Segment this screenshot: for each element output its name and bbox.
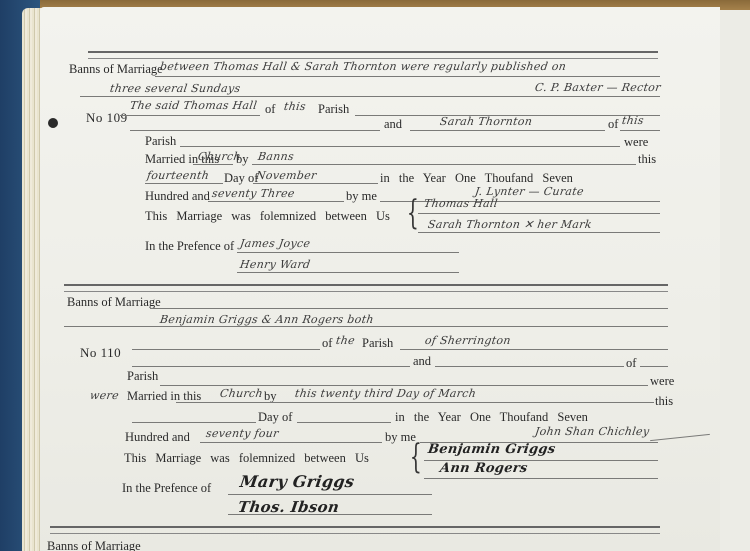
by-label: by bbox=[236, 153, 249, 166]
groom-of: the bbox=[335, 335, 355, 346]
were-label: were bbox=[650, 375, 674, 388]
were-label: were bbox=[624, 136, 648, 149]
rule bbox=[160, 385, 648, 386]
by-label: by bbox=[264, 390, 277, 403]
rule bbox=[180, 146, 620, 147]
marriage-method: Banns bbox=[257, 151, 295, 162]
hundred-and-label: Hundred and bbox=[145, 190, 210, 203]
rule bbox=[228, 514, 432, 515]
bride-parish: this bbox=[621, 115, 644, 126]
rule bbox=[297, 422, 391, 423]
year-words: seventy four bbox=[205, 428, 279, 439]
by-me-label: by me bbox=[346, 190, 377, 203]
were-prefix: were bbox=[89, 390, 119, 401]
banns-text-line2: three several Sundays bbox=[109, 83, 241, 94]
rule bbox=[132, 366, 410, 367]
entry-divider bbox=[64, 284, 668, 292]
day-of-label: Day of bbox=[258, 411, 292, 424]
of-label: of bbox=[322, 337, 332, 350]
of-label: of bbox=[626, 357, 636, 370]
parish-label: Parish bbox=[318, 103, 349, 116]
marriage-month: November bbox=[255, 170, 317, 181]
witness2: Thos. Ibson bbox=[237, 500, 340, 515]
banns-text: between Thomas Hall & Sarah Thornton wer… bbox=[159, 61, 567, 72]
party1-signature: Benjamin Griggs bbox=[427, 443, 556, 456]
brace: { bbox=[410, 440, 422, 474]
solemnized-label: This Marriage was folemnized between Us bbox=[145, 210, 390, 223]
witness1: James Joyce bbox=[239, 238, 311, 249]
rule bbox=[176, 402, 654, 403]
rule bbox=[64, 326, 668, 327]
year-words: seventy Three bbox=[211, 188, 295, 199]
party2-signature: Ann Rogers bbox=[439, 462, 528, 475]
solemnized-label: This Marriage was folemnized between Us bbox=[124, 452, 369, 465]
rule bbox=[640, 366, 668, 367]
brace: { bbox=[407, 196, 419, 230]
rule bbox=[418, 232, 660, 233]
banns-label: Banns of Marriage bbox=[69, 63, 163, 76]
year-label: in the Year One Thoufand Seven bbox=[395, 411, 588, 424]
rule bbox=[410, 130, 605, 131]
hundred-and-label: Hundred and bbox=[125, 431, 190, 444]
rule bbox=[424, 478, 658, 479]
rule bbox=[253, 183, 378, 184]
rule bbox=[132, 422, 256, 423]
banns-text: Benjamin Griggs & Ann Rogers both bbox=[159, 314, 374, 325]
rule bbox=[200, 442, 382, 443]
rule bbox=[208, 201, 344, 202]
rule bbox=[620, 130, 660, 131]
this-label: this bbox=[638, 153, 656, 166]
rule bbox=[155, 76, 660, 77]
parish-label: Parish bbox=[127, 370, 158, 383]
banns-signature: C. P. Baxter — Rector bbox=[534, 82, 661, 93]
and-label: and bbox=[413, 355, 431, 368]
rule bbox=[237, 252, 459, 253]
groom-parish: this bbox=[283, 101, 306, 112]
entry-number: No 109 bbox=[86, 110, 128, 126]
party2-signature: Sarah Thornton ✕ her Mark bbox=[427, 219, 592, 230]
presence-label: In the Prefence of bbox=[122, 482, 211, 495]
rule bbox=[237, 272, 459, 273]
rule bbox=[130, 130, 380, 131]
rule bbox=[145, 183, 223, 184]
entry-divider bbox=[50, 526, 660, 534]
presence-label: In the Prefence of bbox=[145, 240, 234, 253]
parish-label: Parish bbox=[145, 135, 176, 148]
of-label: of bbox=[265, 103, 275, 116]
marriage-day: fourteenth bbox=[146, 170, 210, 181]
witness2: Henry Ward bbox=[239, 259, 311, 270]
groom-parish: of Sherrington bbox=[424, 335, 511, 346]
banns-label: Banns of Marriage bbox=[47, 540, 141, 551]
rule bbox=[120, 115, 260, 116]
rule bbox=[418, 213, 660, 214]
marriage-date: this twenty third Day of March bbox=[294, 388, 477, 399]
party1-signature: Thomas Hall bbox=[423, 198, 498, 209]
rule bbox=[132, 349, 320, 350]
rule bbox=[380, 201, 660, 202]
of-label: of bbox=[608, 118, 618, 131]
witness1: Mary Griggs bbox=[239, 474, 355, 490]
and-label: and bbox=[384, 118, 402, 131]
rule bbox=[80, 96, 660, 97]
binding-hole bbox=[48, 118, 58, 128]
rule bbox=[400, 349, 668, 350]
facing-page-edge bbox=[716, 10, 750, 551]
officiant: John Shan Chichley bbox=[534, 426, 650, 437]
rule bbox=[228, 494, 432, 495]
this-label: this bbox=[655, 395, 673, 408]
rule bbox=[252, 164, 636, 165]
year-label: in the Year One Thoufand Seven bbox=[380, 172, 573, 185]
rule bbox=[193, 164, 233, 165]
banns-label: Banns of Marriage bbox=[67, 296, 161, 309]
bride-name: Sarah Thornton bbox=[439, 116, 533, 127]
entry-divider bbox=[88, 51, 658, 59]
rule bbox=[150, 308, 668, 309]
marriage-place: Church bbox=[197, 151, 241, 162]
groom-name: The said Thomas Hall bbox=[129, 100, 258, 111]
marriage-place: Church bbox=[219, 388, 263, 399]
parish-label: Parish bbox=[362, 337, 393, 350]
married-label: Married in this bbox=[127, 390, 201, 403]
officiant: J. Lynter — Curate bbox=[474, 186, 584, 197]
rule bbox=[435, 366, 624, 367]
entry-number: No 110 bbox=[80, 345, 121, 361]
